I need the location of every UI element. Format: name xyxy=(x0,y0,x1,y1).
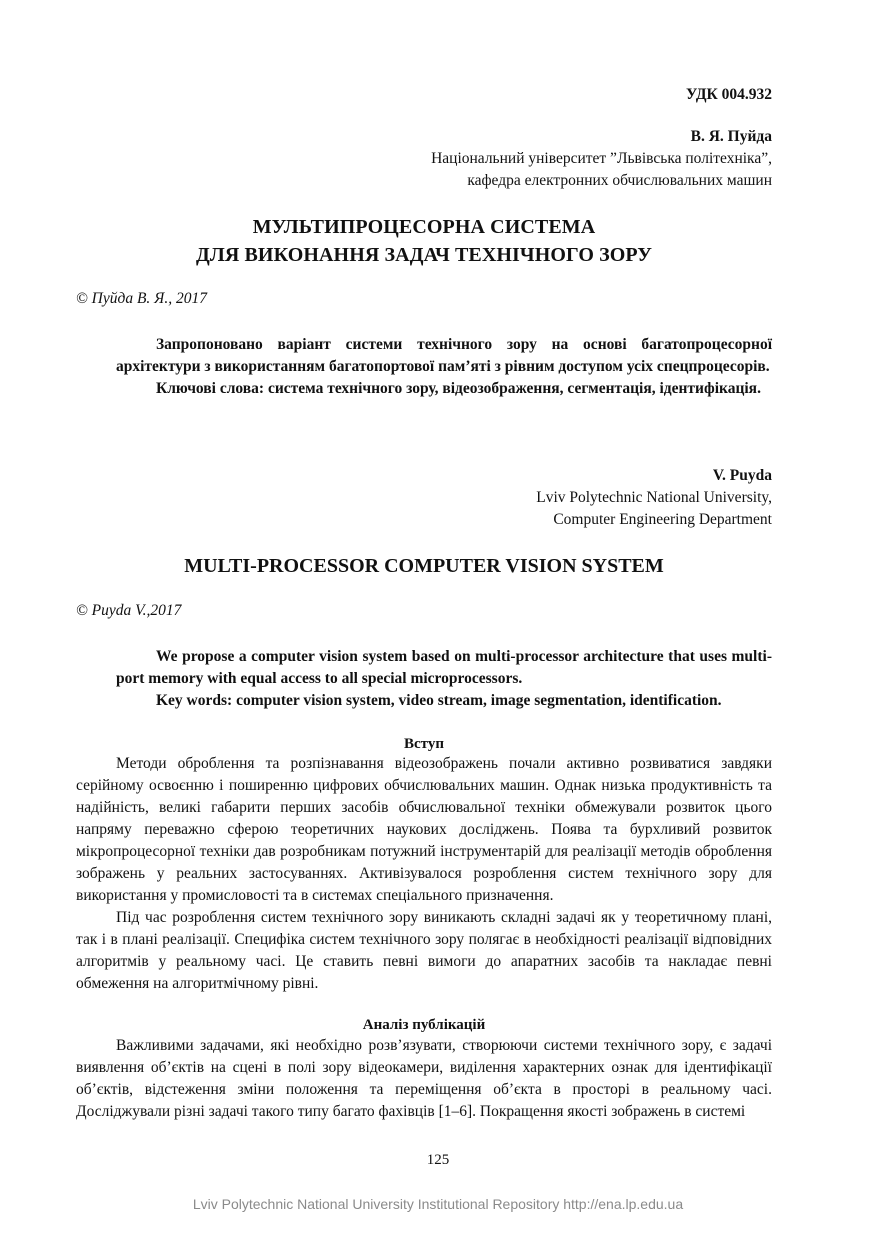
affiliation-en-line2: Computer Engineering Department xyxy=(536,509,772,531)
section-analysis-body: Важливими задачами, які необхідно розв’я… xyxy=(76,1035,772,1123)
abstract-en-text: We propose a computer vision system base… xyxy=(116,646,772,690)
abstract-ua: Запропоновано варіант системи технічного… xyxy=(116,334,772,400)
paragraph: Під час розроблення систем технічного зо… xyxy=(76,907,772,995)
title-ua: МУЛЬТИПРОЦЕСОРНА СИСТЕМА ДЛЯ ВИКОНАННЯ З… xyxy=(76,213,772,269)
affiliation-en-line1: Lviv Polytechnic National University, xyxy=(536,487,772,509)
section-heading-intro: Вступ xyxy=(76,736,772,753)
copyright-ua: © Пуйда В. Я., 2017 xyxy=(76,290,207,308)
paragraph: Методи оброблення та розпізнавання відео… xyxy=(76,753,772,907)
paragraph: Важливими задачами, які необхідно розв’я… xyxy=(76,1035,772,1123)
affiliation-ua-line1: Національний університет ”Львівська полі… xyxy=(431,148,772,170)
keywords-ua: Ключові слова: система технічного зору, … xyxy=(116,378,772,400)
page-number: 125 xyxy=(0,1152,876,1169)
author-name-ua: В. Я. Пуйда xyxy=(431,126,772,148)
author-block-en: V. Puyda Lviv Polytechnic National Unive… xyxy=(536,465,772,531)
abstract-en: We propose a computer vision system base… xyxy=(116,646,772,712)
keywords-en: Key words: computer vision system, video… xyxy=(116,690,772,712)
section-intro-body: Методи оброблення та розпізнавання відео… xyxy=(76,753,772,995)
section-heading-analysis: Аналіз публікацій xyxy=(76,1017,772,1034)
author-name-en: V. Puyda xyxy=(536,465,772,487)
author-block-ua: В. Я. Пуйда Національний університет ”Ль… xyxy=(431,126,772,192)
title-en: MULTI-PROCESSOR COMPUTER VISION SYSTEM xyxy=(76,552,772,580)
paper-page: УДК 004.932 В. Я. Пуйда Національний уні… xyxy=(0,0,876,1240)
abstract-ua-text: Запропоновано варіант системи технічного… xyxy=(116,334,772,378)
udc-code: УДК 004.932 xyxy=(686,84,772,106)
repository-footer: Lviv Polytechnic National University Ins… xyxy=(0,1196,876,1212)
affiliation-ua-line2: кафедра електронних обчислювальних машин xyxy=(431,170,772,192)
title-ua-line1: МУЛЬТИПРОЦЕСОРНА СИСТЕМА xyxy=(76,213,772,241)
copyright-en: © Puyda V.,2017 xyxy=(76,602,181,620)
title-ua-line2: ДЛЯ ВИКОНАННЯ ЗАДАЧ ТЕХНІЧНОГО ЗОРУ xyxy=(76,241,772,269)
